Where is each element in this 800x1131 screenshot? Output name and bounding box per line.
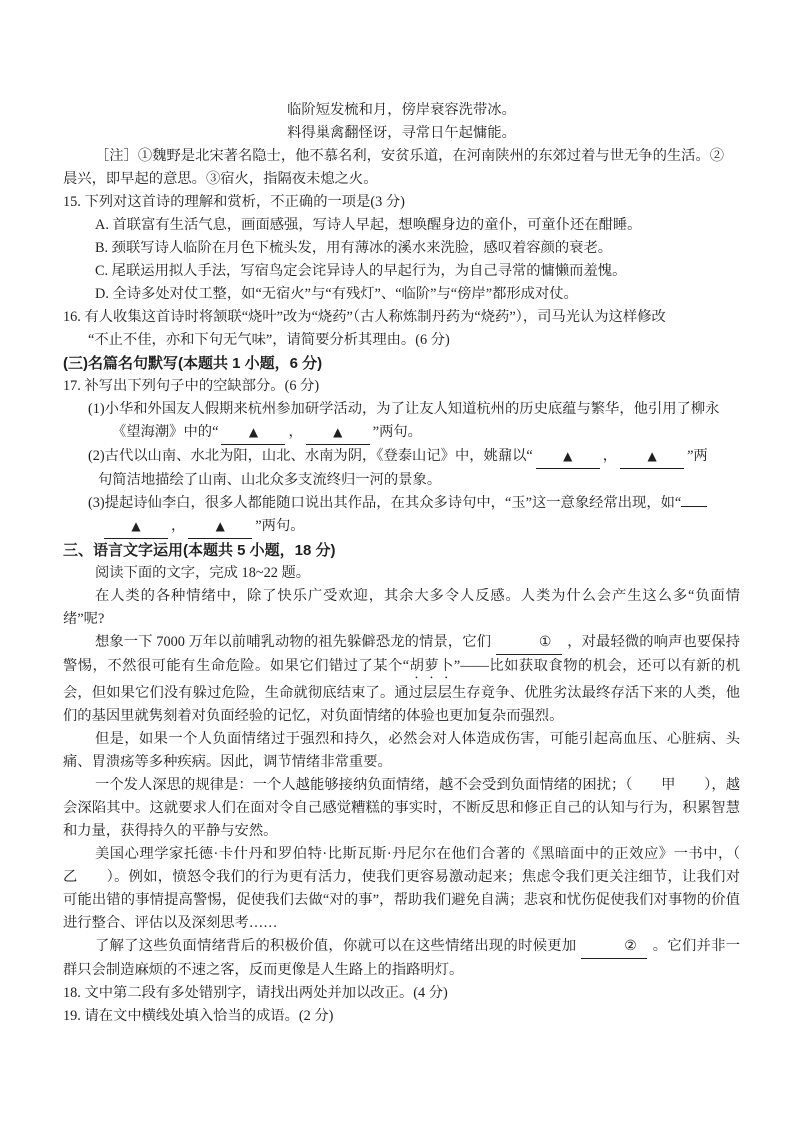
- question-15-option-c: C. 尾联运用拟人手法，写宿鸟定会诧异诗人的早起行为，为自己寻常的慵懒而羞愧。: [95, 260, 740, 283]
- poem-note-line-2: 晨兴，即早起的意思。③宿火，指隔夜未熄之火。: [63, 168, 740, 191]
- item-2-text-post: ”两: [687, 448, 708, 464]
- emphasized-word-carrot: 胡萝卜: [409, 658, 454, 674]
- item-1-text-pre: 《望海潮》中的“: [112, 424, 218, 440]
- poem-line-2: 料得巢禽翻怪讶，寻常日午起慵能。: [63, 122, 740, 145]
- passage-paragraph-3: 但是，如果一个人负面情绪过于强烈和持久，必然会对人体造成伤害，可能引起高血压、心…: [63, 728, 740, 774]
- question-15-option-a: A. 首联富有生活气息，画面感强，写诗人早起，想唤醒身边的童仆，可童仆还在酣睡。: [95, 214, 740, 237]
- answer-blank: ▲: [536, 445, 600, 469]
- passage-paragraph-5: 美国心理学家托德·卡什丹和罗伯特·比斯瓦斯·丹尼尔在他们合著的《黑暗面中的正效应…: [63, 843, 740, 935]
- question-17-item-2-line-1: (2)古代以山南、水北为阳，山北、水南为阴，《登泰山记》中，姚鼐以“▲，▲”两: [88, 445, 740, 469]
- item-3-text: (3)提起诗仙李白，很多人都能随口说出其作品，在其众多诗句中，“玉”这一意象经常…: [88, 495, 681, 511]
- circled-number-1: ①: [539, 635, 552, 650]
- item-1-text-post: ”两句。: [373, 424, 422, 440]
- triangle-mark: ▲: [249, 421, 258, 444]
- question-17-stem: 17. 补写出下列句子中的空缺部分。(6 分): [63, 375, 740, 398]
- idiom-blank-1: ①: [496, 631, 562, 655]
- exam-page: 临阶短发梳和月，傍岸衰容洗带冰。 料得巢禽翻怪讶，寻常日午起慵能。 ［注］①魏野…: [0, 0, 800, 1131]
- poem-line-1: 临阶短发梳和月，傍岸衰容洗带冰。: [63, 99, 740, 122]
- item-2-text-pre: (2)古代以山南、水北为阳，山北、水南为阴，《登泰山记》中，姚鼐以“: [88, 448, 533, 464]
- question-18: 18. 文中第二段有多处错别字，请找出两处并加以改正。(4 分): [63, 982, 740, 1005]
- answer-blank: ▲: [620, 445, 684, 469]
- idiom-blank-2: ②: [581, 935, 647, 959]
- question-16-line-1: 16. 有人收集这首诗时将颔联“烧叶”改为“烧药”（古人称炼制丹药为“烧药”），…: [63, 306, 740, 329]
- question-17-item-2-line-2: 句简洁地描绘了山南、山北众多支流终归一河的景象。: [98, 469, 740, 492]
- poem-note-line-1: ［注］①魏野是北宋著名隐士，他不慕名利，安贫乐道，在河南陕州的东郊过着与世无争的…: [95, 145, 740, 168]
- item-3-text-post: ”两句。: [255, 518, 304, 534]
- question-17-item-1-line-2: 《望海潮》中的“▲，▲”两句。: [112, 421, 740, 445]
- answer-blank: ▲: [306, 421, 370, 445]
- p2-text-1: 想象一下 7000 万年以前哺乳动物的祖先躲僻恐龙的情景，它们: [95, 634, 491, 650]
- section-c-heading: (三)名篇名句默写(本题共 1 小题，6 分): [63, 352, 740, 375]
- question-15-stem: 15. 下列对这首诗的理解和赏析，不正确的一项是(3 分): [63, 191, 740, 214]
- triangle-mark: ▲: [333, 421, 342, 444]
- question-17-item-3-line-2: ▲，▲”两句。: [101, 515, 740, 539]
- p6-text-1: 了解了这些负面情绪背后的积极价值，你就可以在这些情绪出现的时候更加: [95, 938, 576, 954]
- answer-blank: ▲: [221, 421, 285, 445]
- item-2-comma: ，: [603, 448, 617, 464]
- question-15-option-b: B. 颈联写诗人临阶在月色下梳头发，用有薄冰的溪水来洗脸，感叹着容颜的衰老。: [95, 237, 740, 260]
- reading-intro: 阅读下面的文字，完成 18~22 题。: [95, 562, 740, 585]
- circled-number-2: ②: [624, 939, 637, 954]
- section-3-heading: 三、语言文字运用(本题共 5 小题，18 分): [63, 539, 740, 562]
- triangle-mark: ▲: [216, 515, 225, 538]
- item-3-comma: ，: [171, 518, 185, 534]
- answer-blank: ▲: [188, 515, 252, 539]
- passage-paragraph-2: 想象一下 7000 万年以前哺乳动物的祖先躲僻恐龙的情景，它们①，对最轻微的响声…: [63, 631, 740, 728]
- passage-paragraph-6: 了解了这些负面情绪背后的积极价值，你就可以在这些情绪出现的时候更加②。它们并非一…: [63, 935, 740, 982]
- question-19: 19. 请在文中横线处填入恰当的成语。(2 分): [63, 1005, 740, 1028]
- question-17-item-3-line-1: (3)提起诗仙李白，很多人都能随口说出其作品，在其众多诗句中，“玉”这一意象经常…: [88, 492, 740, 515]
- passage-paragraph-4: 一个发人深思的规律是：一个人越能够接纳负面情绪，越不会受到负面情绪的困扰；（ 甲…: [63, 774, 740, 843]
- answer-blank: ▲: [104, 515, 168, 539]
- item-1-comma: ，: [288, 424, 302, 440]
- triangle-mark: ▲: [131, 515, 140, 538]
- answer-blank-stub: [681, 506, 707, 507]
- question-16-line-2: “不止不佳，亦和下句无气味”，请简要分析其理由。(6 分): [88, 329, 740, 352]
- question-17-item-1-line-1: (1)小华和外国友人假期来杭州参加研学活动，为了让友人知道杭州的历史底蕴与繁华，…: [88, 398, 740, 421]
- triangle-mark: ▲: [563, 445, 572, 468]
- passage-paragraph-1: 在人类的各种情绪中，除了快乐广受欢迎，其余大多令人反感。人类为什么会产生这么多“…: [63, 585, 740, 631]
- question-15-option-d: D. 全诗多处对仗工整，如“无宿火”与“有残灯”、“临阶”与“傍岸”都形成对仗。: [95, 283, 740, 306]
- triangle-mark: ▲: [647, 445, 656, 468]
